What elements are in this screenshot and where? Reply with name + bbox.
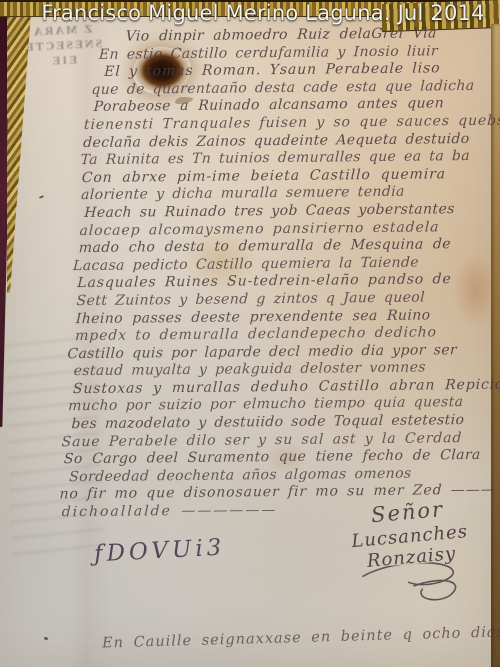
manuscript-text: Vio dinpir abmoedro Ruiz delaGrei Via En…	[67, 25, 492, 522]
notary-rubric: ƒDOVUi3	[93, 535, 226, 568]
manuscript-photo: Z MARA SNESECTE EIE Vio dinpir abmoedro …	[0, 0, 500, 667]
ink-speck	[44, 636, 49, 640]
bottom-annotation: En Cauille seignaxxase en beinte q ocho …	[102, 624, 498, 651]
photo-caption: Francisco Miguel Merino Laguna. Jul 2014	[0, 1, 500, 25]
signature-block: Señor Lucsanches Ronzaisy	[328, 493, 494, 610]
ink-speck	[39, 195, 44, 199]
